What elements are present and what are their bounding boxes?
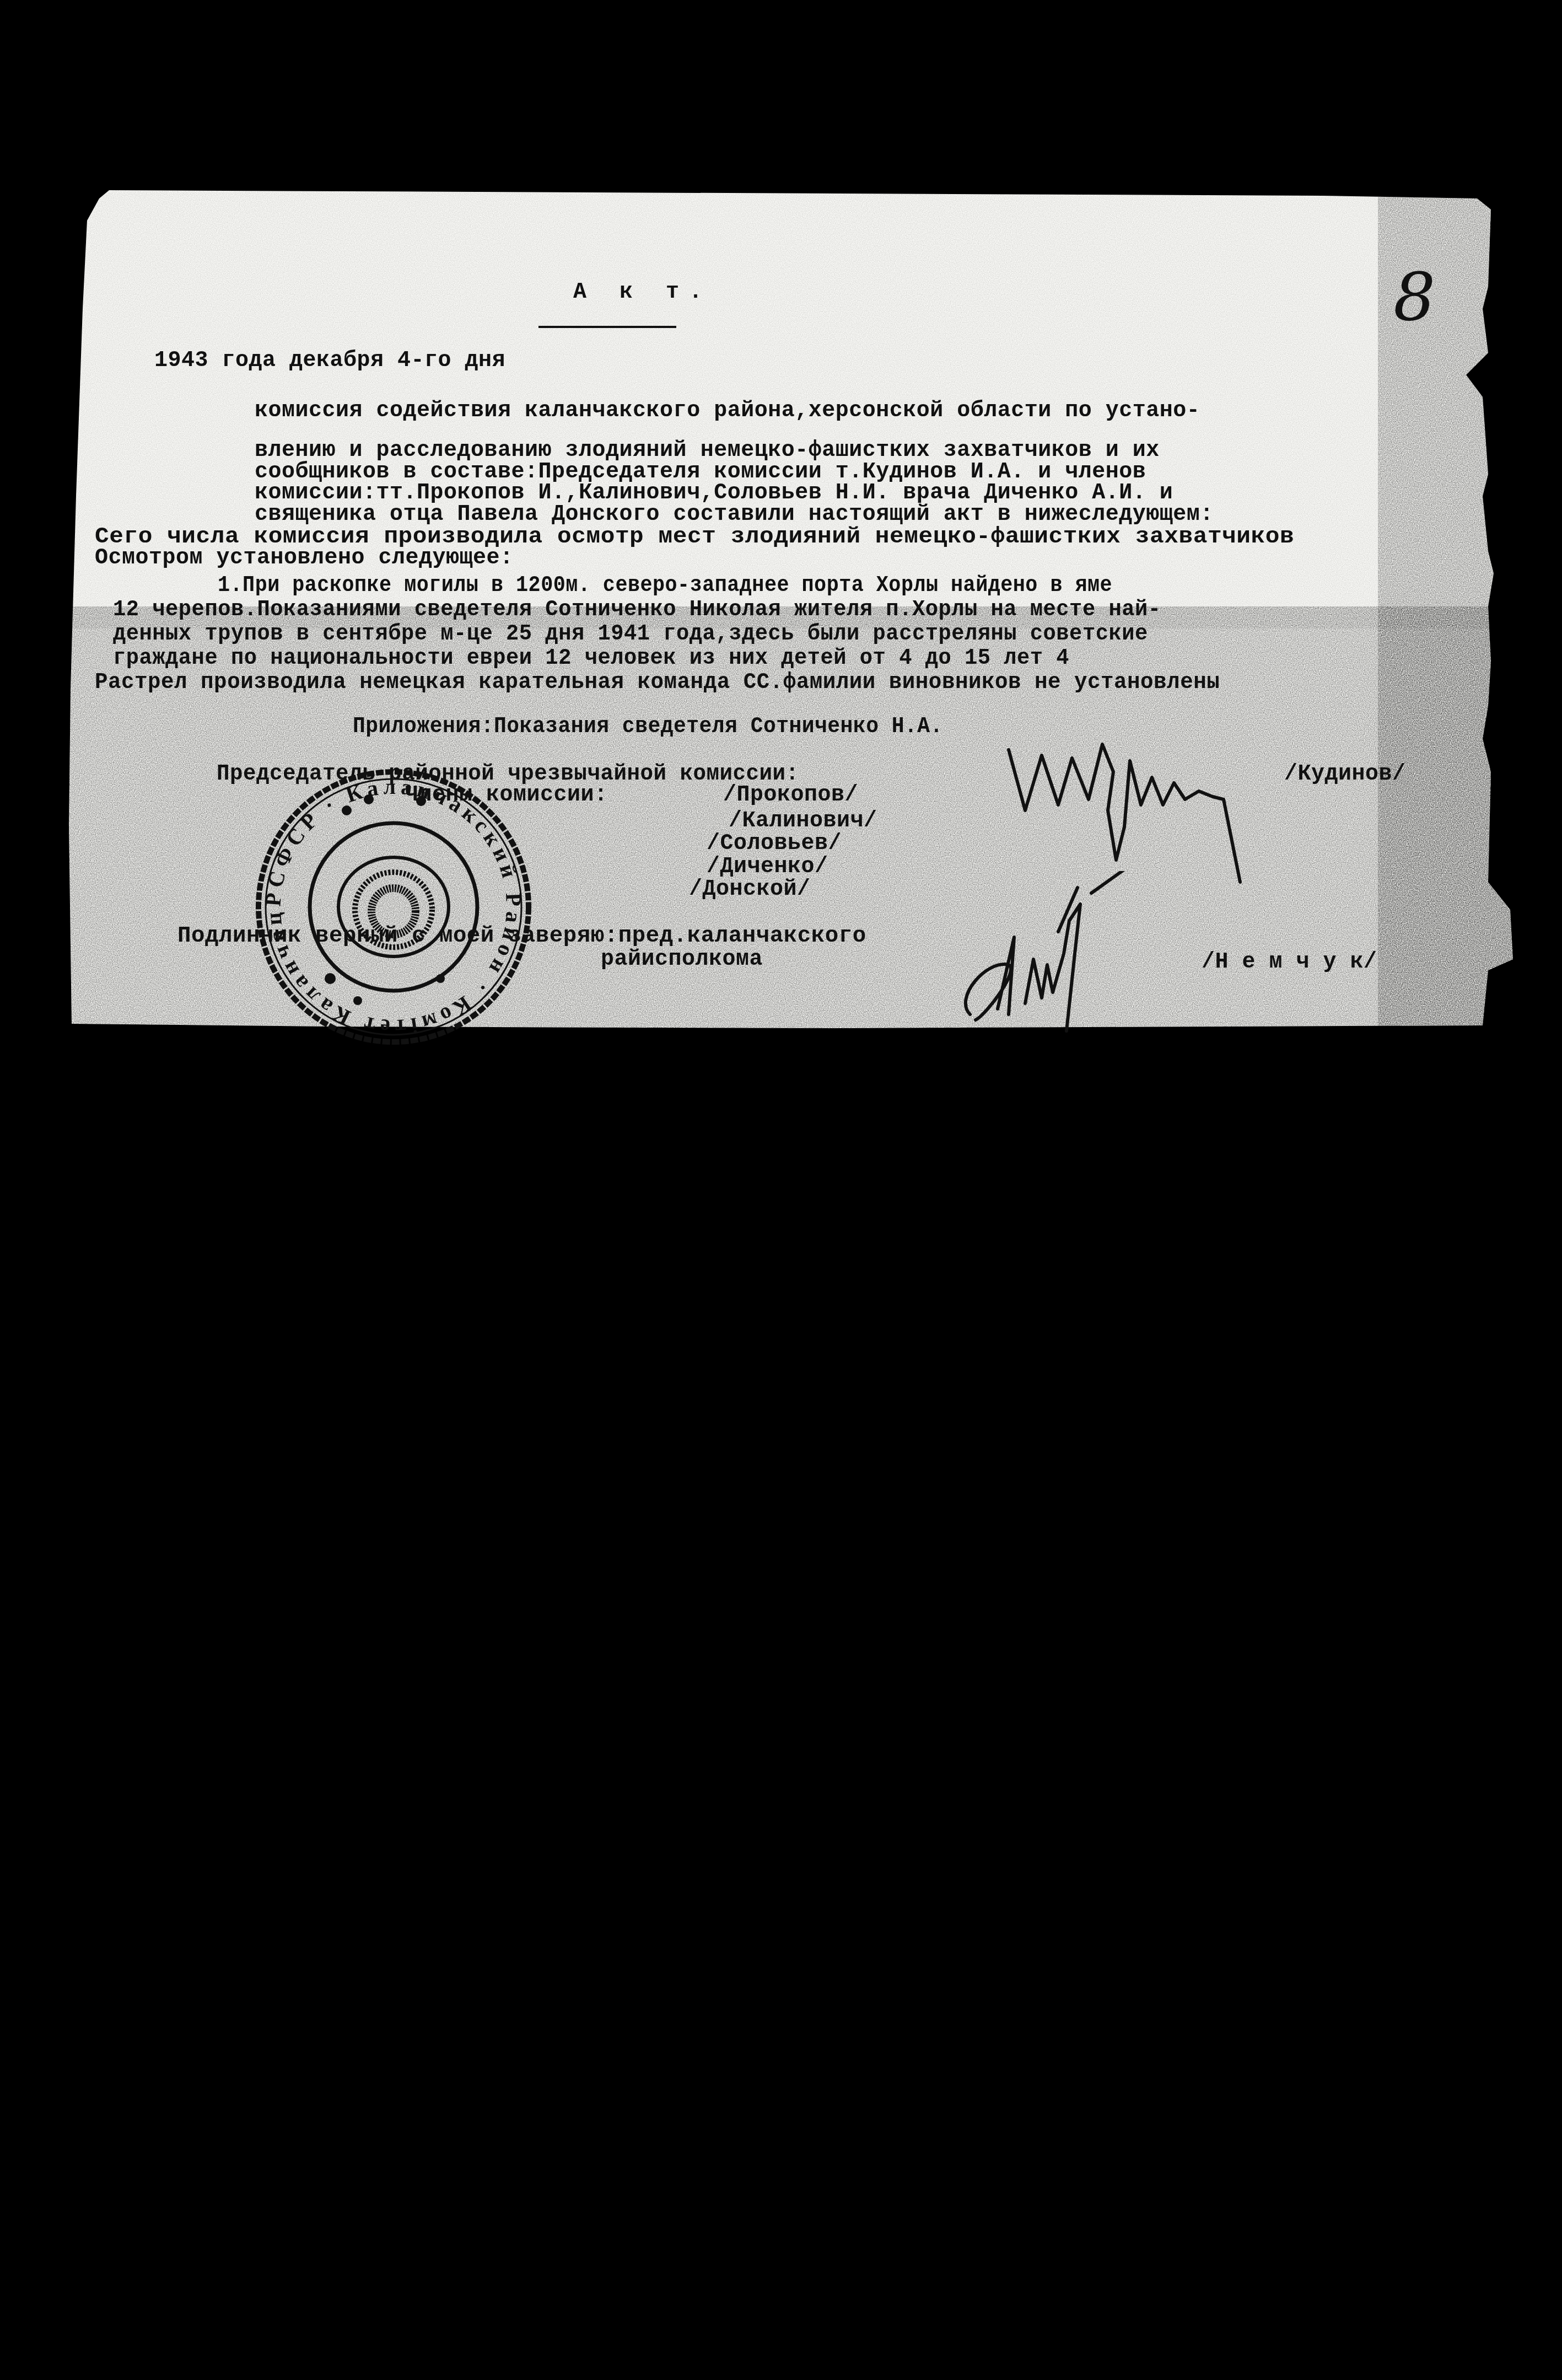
body-line-12: Растрел производила немецкая карательная…	[95, 670, 1220, 695]
certify-line-2: райисполкома	[601, 947, 763, 972]
document-title: А к т.	[573, 280, 712, 305]
member-name-1: /Прокопов/	[723, 783, 858, 808]
member-name-5: /Донской/	[689, 877, 811, 902]
title-underline	[538, 326, 676, 328]
body-line-5: священика отца Павела Донского составили…	[255, 502, 1214, 527]
body-line-7: Осмотром установлено следующее:	[95, 546, 514, 571]
attachment-line: Приложения:Показания сведетеля Сотниченк…	[353, 714, 943, 739]
member-name-2: /Калинович/	[729, 809, 877, 834]
body-line-8: 1.При раскопке могилы в 1200м. северо-за…	[218, 573, 1112, 598]
official-stamp: РСФСР · Каланчакский Район · Комітет Кал…	[256, 769, 531, 1045]
body-line-9: 12 черепов.Показаниями сведетеля Сотниче…	[113, 598, 1161, 622]
date-line: 1943 года декабря 4-го дня	[154, 348, 505, 373]
page-number: 8	[1393, 259, 1435, 336]
body-line-11: граждане по национальности евреи 12 чело…	[113, 646, 1069, 671]
body-line-1: комиссия содействия каланчакского района…	[255, 399, 1200, 423]
signature-nemchuk	[954, 871, 1218, 1036]
member-name-3: /Соловьев/	[707, 831, 842, 856]
certify-name: /Н е м ч у к/	[1202, 950, 1377, 975]
member-name-4: /Диченко/	[707, 855, 828, 879]
document-sheet: 8 А к т. 1943 года декабря 4-го дня коми…	[0, 0, 1562, 1047]
body-line-10: денных трупов в сентябре м-це 25 дня 194…	[113, 622, 1148, 647]
